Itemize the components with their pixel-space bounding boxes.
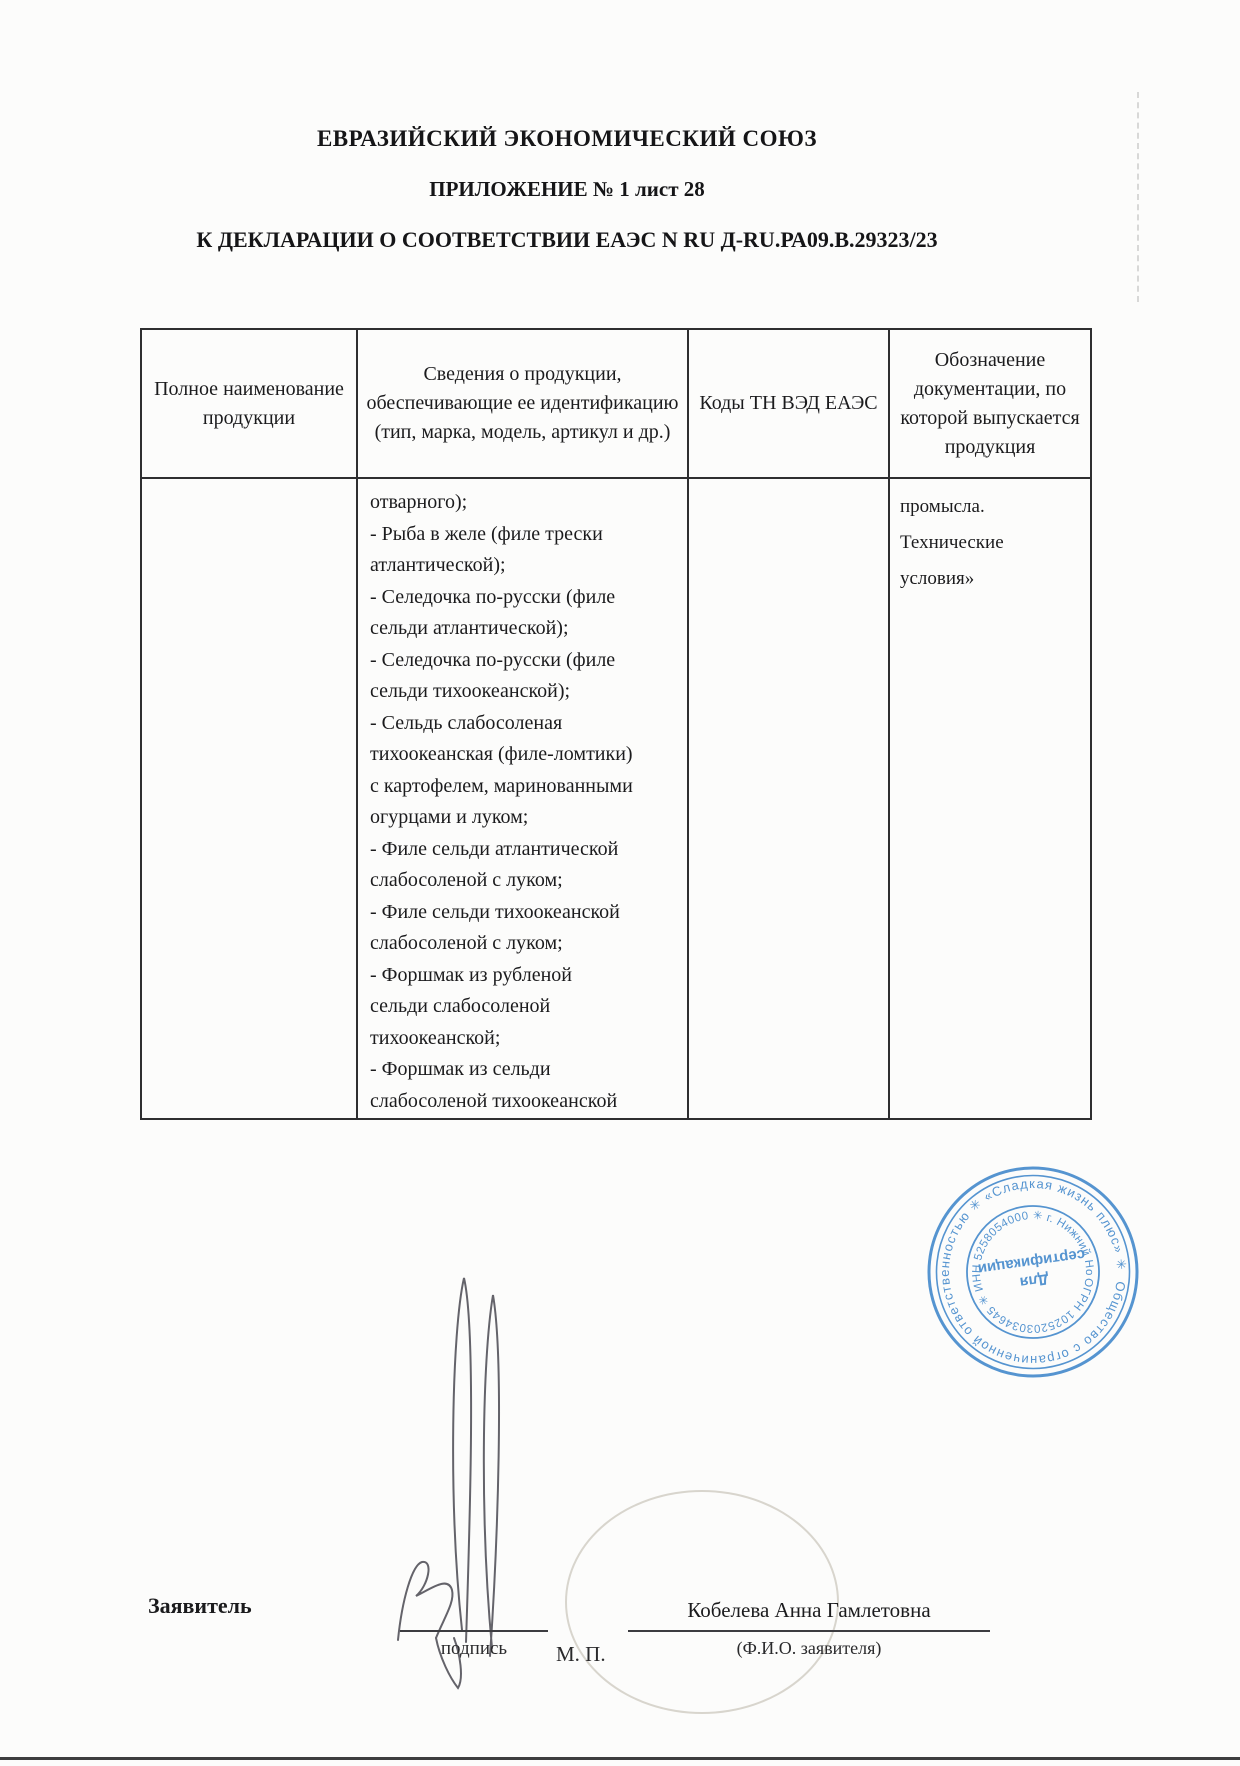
seal-place-mark: М. П. [556,1642,606,1667]
stamp-center-line1: Для [1019,1270,1050,1291]
cell-product-name [141,478,357,1119]
table-row: отварного); - Рыба в желе (филе трески а… [141,478,1091,1119]
col-header-product-name: Полное наименование продукции [141,329,357,478]
stamp-graphic: Общество с ограниченной ответственностью… [910,1149,1156,1395]
applicant-name-caption: (Ф.И.О. заявителя) [628,1638,990,1659]
company-stamp: Общество с ограниченной ответственностью… [910,1149,1156,1395]
col-header-product-info: Сведения о продукции, обеспечивающие ее … [357,329,688,478]
table-header-row: Полное наименование продукции Сведения о… [141,329,1091,478]
scan-fold-line [1137,92,1139,302]
applicant-name-line [628,1630,990,1632]
document-page: ЕВРАЗИЙСКИЙ ЭКОНОМИЧЕСКИЙ СОЮЗ ПРИЛОЖЕНИ… [0,0,1240,1766]
scan-bottom-edge [0,1757,1240,1760]
appendix-line: ПРИЛОЖЕНИЕ № 1 лист 28 [0,177,1134,202]
cell-documentation: промысла. Технические условия» [889,478,1091,1119]
product-table: Полное наименование продукции Сведения о… [140,328,1092,1120]
signature-caption: подпись [400,1638,548,1660]
cell-tnved-codes [688,478,889,1119]
cell-product-info: отварного); - Рыба в желе (филе трески а… [357,478,688,1119]
col-header-documentation: Обозначение документации, по которой вып… [889,329,1091,478]
applicant-name: Кобелева Анна Гамлетовна [628,1598,990,1623]
stamp-circles [919,1158,1148,1387]
document-title: ЕВРАЗИЙСКИЙ ЭКОНОМИЧЕСКИЙ СОЮЗ [0,126,1134,152]
declaration-number-line: К ДЕКЛАРАЦИИ О СООТВЕТСТВИИ ЕАЭС N RU Д-… [0,227,1134,253]
col-header-tnved-codes: Коды ТН ВЭД ЕАЭС [688,329,889,478]
signature-line [400,1630,548,1632]
applicant-label: Заявитель [148,1593,252,1619]
stamp-texts: Общество с ограниченной ответственностью… [925,1166,1156,1395]
